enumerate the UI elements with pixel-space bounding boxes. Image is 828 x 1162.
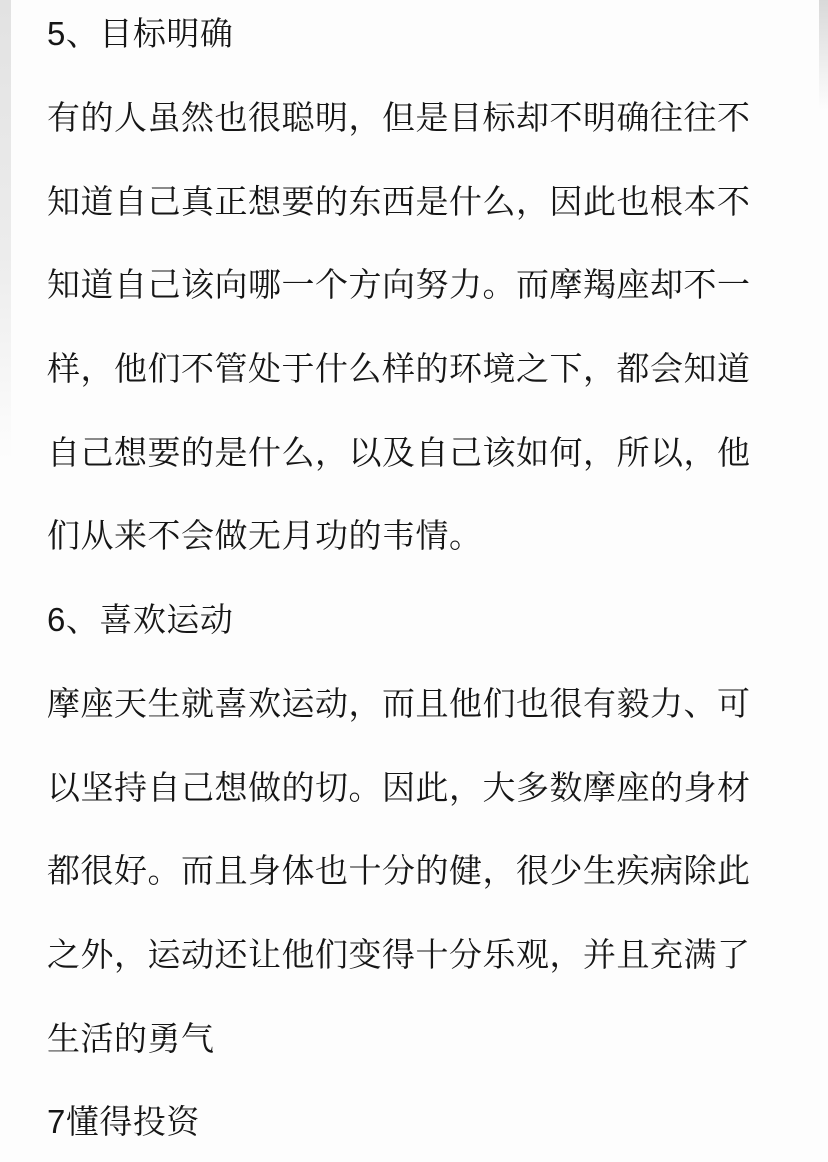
left-edge-shadow	[0, 0, 11, 460]
text-line: 们从来不会做无月功的韦情。	[47, 492, 807, 576]
section-heading: 7懂得投资	[47, 1078, 807, 1162]
text-line: 知道自己该向哪一个方向努力。而摩羯座却不一	[47, 241, 807, 325]
text-line: 样，他们不管处于什么样的环境之下，都会知道	[47, 325, 807, 409]
text-line: 知道自己真正想要的东西是什么，因此也根本不	[47, 157, 807, 241]
text-line: 都很好。而且身体也十分的健，很少生疾病除此	[47, 827, 807, 911]
text-line: 以坚持自己想做的切。因此，大多数摩座的身材	[47, 743, 807, 827]
text-line: 之外，运动还让他们变得十分乐观，并且充满了	[47, 911, 807, 995]
section-heading: 6、喜欢运动	[47, 576, 807, 660]
text-line: 自己想要的是什么，以及自己该如何，所以，他	[47, 408, 807, 492]
right-edge-shadow	[819, 0, 828, 110]
text-line: 有的人虽然也很聪明，但是目标却不明确往往不	[47, 74, 807, 158]
text-line: 摩座天生就喜欢运动，而且他们也很有毅力、可	[47, 660, 807, 744]
article-text: 5、目标明确 有的人虽然也很聪明，但是目标却不明确往往不 知道自己真正想要的东西…	[47, 0, 807, 1162]
text-line: 生活的勇气	[47, 994, 807, 1078]
section-heading: 5、目标明确	[47, 0, 807, 74]
article-page: 5、目标明确 有的人虽然也很聪明，但是目标却不明确往往不 知道自己真正想要的东西…	[0, 0, 828, 1162]
